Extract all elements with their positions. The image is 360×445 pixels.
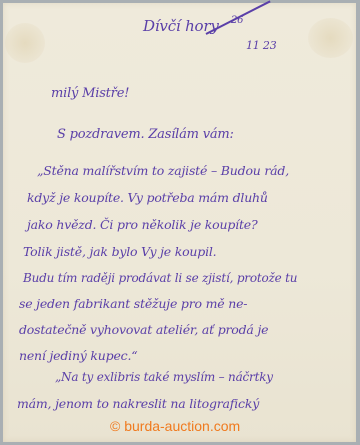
letter-line: „Na ty exlibris také myslím – náčrtky <box>55 370 273 384</box>
letter-line: není jediný kupec.“ <box>19 348 137 363</box>
letter-salutation: milý Mistře! <box>51 86 129 101</box>
letter-line: se jeden fabrikant stěžuje pro mě ne- <box>19 296 247 311</box>
watermark: © burda-auction.com <box>110 418 240 434</box>
letter-line: Tolik jistě, jak bylo Vy je koupil. <box>23 244 216 259</box>
letter-line: „Stěna malířstvím to zajisté – Budou rád… <box>37 163 289 178</box>
letter-line: mám, jenom to nakreslit na litografický <box>17 396 259 411</box>
paper-stain <box>5 23 45 63</box>
letter-line: jako hvězd. Či pro několik je koupíte? <box>27 217 257 232</box>
letter-line: když je koupíte. Vy potřeba mám dluhů <box>27 190 268 205</box>
letter-date-month-year: 11 23 <box>246 39 277 52</box>
letter-date-day: 26 <box>231 15 243 26</box>
letter-line: dostatečně vyhovovat ateliér, ať prodá j… <box>19 322 268 337</box>
letter-line: Budu tím raději prodávat li se zjistí, p… <box>23 271 297 285</box>
letter-paper: Dívčí hory 26 11 23 milý Mistře! S pozdr… <box>3 3 356 442</box>
paper-stain <box>308 18 353 58</box>
letter-greeting: S pozdravem. Zasílám vám: <box>57 127 234 142</box>
